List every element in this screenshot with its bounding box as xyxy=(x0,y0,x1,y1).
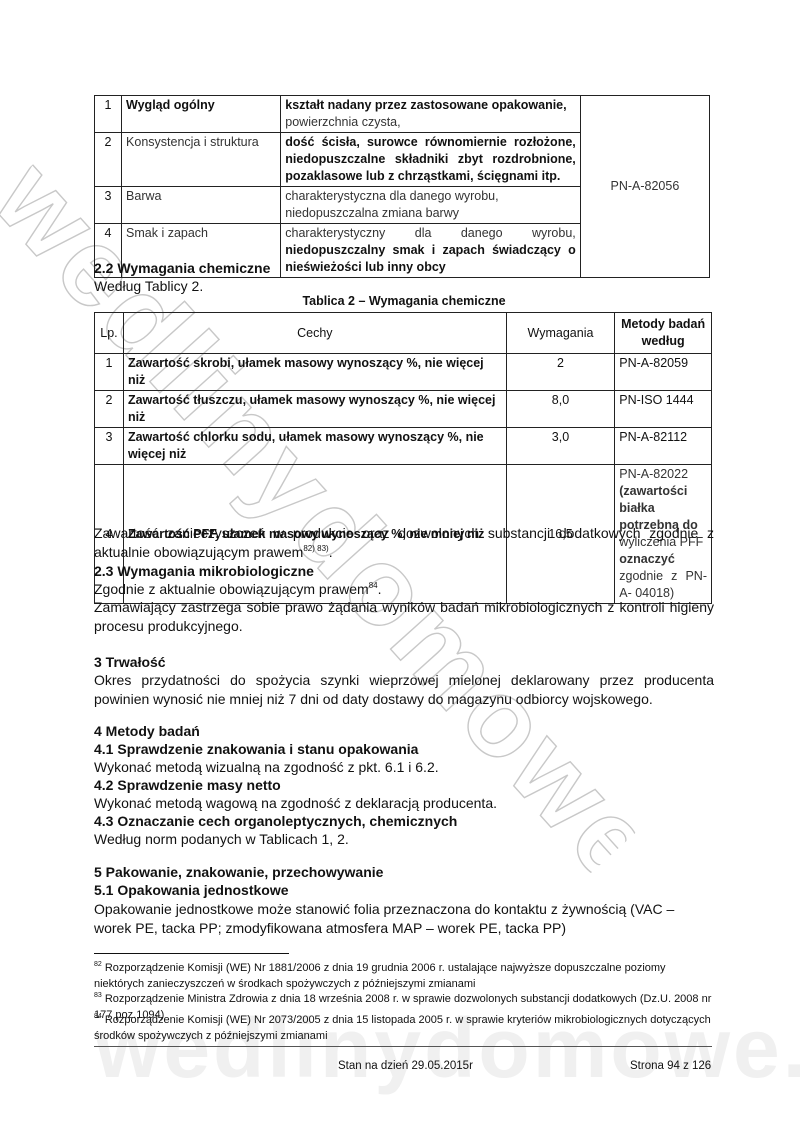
row-number: 3 xyxy=(95,428,124,465)
table-row: 1 Wygląd ogólny kształt nadany przez zas… xyxy=(95,96,710,133)
feature: Zawartość skrobi, ułamek masowy wynosząc… xyxy=(123,354,506,391)
feature-description: charakterystyczna dla danego wyrobu, nie… xyxy=(281,187,580,224)
section-text-4-2: Wykonać metodą wagową na zgodność z dekl… xyxy=(94,794,714,813)
section-text-2-3: Zgodnie z aktualnie obowiązującym prawem… xyxy=(94,580,714,599)
section-heading-4-3: 4.3 Oznaczanie cech organoleptycznych, c… xyxy=(94,812,714,831)
microbio-text: Zgodnie z aktualnie obowiązującym prawem xyxy=(94,581,369,597)
feature-name: Barwa xyxy=(122,187,281,224)
requirement-value: 8,0 xyxy=(506,391,615,428)
method-part: PN-A-82022 xyxy=(619,467,688,481)
contaminants-paragraph: Zawartość zanieczyszczeń w produkcie ora… xyxy=(94,524,714,562)
section-heading-4: 4 Metody badań xyxy=(94,722,714,741)
footer-page-number: Strona 94 z 126 xyxy=(630,1060,711,1072)
norm-reference: PN-A-82056 xyxy=(580,96,709,278)
header-cechy: Cechy xyxy=(123,313,506,354)
row-number: 2 xyxy=(95,391,124,428)
footnote-84: 84 Rozporządzenie Komisji (WE) Nr 2073/2… xyxy=(94,1012,714,1044)
description-bold: kształt nadany przez zastosowane opakowa… xyxy=(285,98,566,112)
section-heading-5: 5 Pakowanie, znakowanie, przechowywanie xyxy=(94,863,714,882)
footer-date: Stan na dzień 29.05.2015r xyxy=(338,1060,473,1072)
header-metody: Metody badań według xyxy=(615,313,712,354)
footnote-number: 84 xyxy=(94,1013,102,1020)
footnote-ref: 82) 83) xyxy=(303,544,328,553)
test-method: PN-A-82112 xyxy=(615,428,712,465)
feature-name: Wygląd ogólny xyxy=(122,96,281,133)
description-text: charakterystyczny dla danego wyrobu, xyxy=(285,226,575,240)
feature-description: kształt nadany przez zastosowane opakowa… xyxy=(281,96,580,133)
section-heading-5-1: 5.1 Opakowania jednostkowe xyxy=(94,881,714,900)
description-text: powierzchnia czysta, xyxy=(285,115,400,129)
footnote-text: Rozporządzenie Komisji (WE) Nr 1881/2006… xyxy=(94,962,666,990)
test-method: PN-A-82059 xyxy=(615,354,712,391)
footer-separator xyxy=(94,1046,712,1047)
section-heading-4-2: 4.2 Sprawdzenie masy netto xyxy=(94,776,714,795)
footnote-number: 82 xyxy=(94,961,102,968)
table-organoleptic: 1 Wygląd ogólny kształt nadany przez zas… xyxy=(94,95,710,278)
section-text-3: Okres przydatności do spożycia szynki wi… xyxy=(94,671,714,709)
section-heading-2-3: 2.3 Wymagania mikrobiologiczne xyxy=(94,562,714,581)
feature: Zawartość tłuszczu, ułamek masowy wynosz… xyxy=(123,391,506,428)
test-method: PN-ISO 1444 xyxy=(615,391,712,428)
table-row: 3 Zawartość chlorku sodu, ułamek masowy … xyxy=(95,428,712,465)
table2-caption: Tablica 2 – Wymagania chemiczne xyxy=(94,294,714,308)
requirement-value: 3,0 xyxy=(506,428,615,465)
row-number: 3 xyxy=(95,187,122,224)
section-text-4-1: Wykonać metodą wizualną na zgodność z pk… xyxy=(94,758,714,777)
section-heading-4-1: 4.1 Sprawdzenie znakowania i stanu opako… xyxy=(94,740,714,759)
section-text-5-1: Opakowanie jednostkowe może stanowić fol… xyxy=(94,900,714,938)
feature-name: Konsystencja i struktura xyxy=(122,133,281,187)
row-number: 1 xyxy=(95,354,124,391)
row-number: 2 xyxy=(95,133,122,187)
row-number: 1 xyxy=(95,96,122,133)
section-text-2-3-b: Zamawiający zastrzega sobie prawo żądani… xyxy=(94,598,714,636)
footnote-separator xyxy=(94,953,289,954)
punctuation: . xyxy=(378,581,382,597)
feature-description: dość ścisła, surowce równomiernie rozłoż… xyxy=(281,133,580,187)
footnote-number: 83 xyxy=(94,992,102,999)
punctuation: . xyxy=(329,544,333,560)
section-heading-2-2: 2.2 Wymagania chemiczne xyxy=(94,259,714,278)
footnote-text: Rozporządzenie Komisji (WE) Nr 2073/2005… xyxy=(94,1014,711,1042)
footnote-ref: 84 xyxy=(369,581,378,590)
footnote-82: 82 Rozporządzenie Komisji (WE) Nr 1881/2… xyxy=(94,960,714,992)
table-row: 1 Zawartość skrobi, ułamek masowy wynosz… xyxy=(95,354,712,391)
feature: Zawartość chlorku sodu, ułamek masowy wy… xyxy=(123,428,506,465)
document-page: 1 Wygląd ogólny kształt nadany przez zas… xyxy=(0,0,800,1132)
section-heading-3: 3 Trwałość xyxy=(94,653,714,672)
requirement-value: 2 xyxy=(506,354,615,391)
section-text-4-3: Według norm podanych w Tablicach 1, 2. xyxy=(94,830,714,849)
contaminants-text: Zawartość zanieczyszczeń w produkcie ora… xyxy=(94,525,714,560)
header-wymagania: Wymagania xyxy=(506,313,615,354)
header-lp: Lp. xyxy=(95,313,124,354)
table-row: 2 Zawartość tłuszczu, ułamek masowy wyno… xyxy=(95,391,712,428)
table-header-row: Lp. Cechy Wymagania Metody badań według xyxy=(95,313,712,354)
